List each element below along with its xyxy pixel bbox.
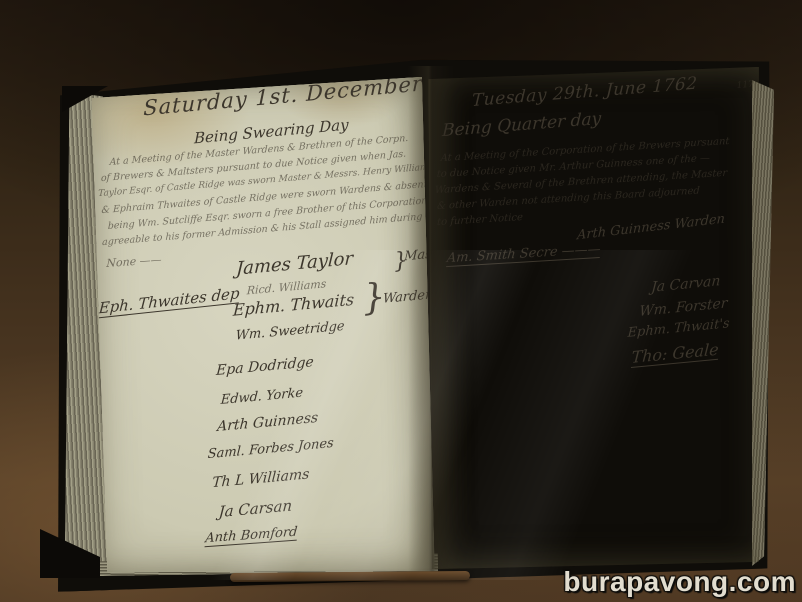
left-signature: Anth Bomford [205,525,298,547]
right-signature: Ja Carvan [651,273,721,296]
left-margin-signature: Eph. Thwaites dep [98,284,240,317]
photo-of-open-minute-book: 134 Saturday 1st. December 1759 Being Sw… [0,0,802,602]
right-warden-signature: Arth Guinness Warden [577,212,726,244]
right-folio-number: 117 [736,80,754,91]
left-signature: Edwd. Yorke [220,385,303,407]
left-body-line: None —— [106,253,162,270]
left-signature: Epa Dodridge [216,354,315,379]
left-signature: Ja Carsan [218,496,293,521]
right-page: 117 Tuesday 29th. June 1762 Being Quarte… [428,67,765,569]
right-signature: Ephm. Thwait's [627,316,730,341]
left-master-signature: James Taylor [236,248,354,280]
left-page: 134 Saturday 1st. December 1759 Being Sw… [91,77,434,577]
left-signature: Saml. Forbes Jones [207,436,334,462]
right-signature: Wm. Forster [639,295,728,319]
left-signature: Arth Guinness [217,410,319,435]
right-clerk-signature: Am. Smith Secre ——— [446,242,601,266]
left-signature: Th L Williams [212,466,310,491]
right-signature: Tho: Geale [631,340,719,367]
left-junior-signature: Wm. Sweetridge [235,319,345,344]
watermark-text: burapavong.com [563,566,796,598]
right-date-heading: Tuesday 29th. June 1762 [471,74,698,111]
right-subheading: Being Quarter day [442,109,602,141]
book-gutter-shadow [408,66,454,572]
cover-bottom-edge [230,571,470,582]
